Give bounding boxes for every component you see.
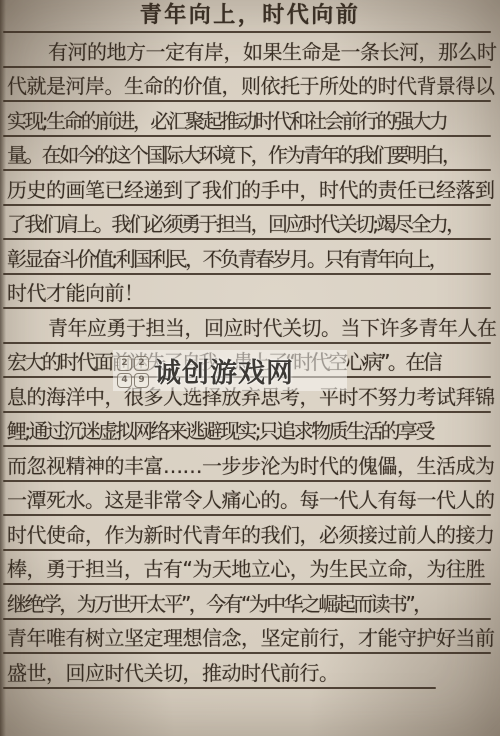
watermark: 2 2 4 9 诚创游戏网	[113, 350, 347, 391]
ruled-text-rows: 青年向上，时代向前 有河的地方一定有岸，如果生命是一条长河，那么时 代就是河岸。…	[0, 0, 500, 689]
essay-line: 实现;生命的前进，必汇聚起推动时代和社会前行的强大力	[0, 102, 500, 137]
title-row: 青年向上，时代向前	[0, 0, 500, 33]
handwritten-text: 彰显奋斗价值;利国利民，不负青春岁月。只有青年向上，	[0, 243, 446, 275]
essay-line: 继绝学，为万世开太平”，今有“为中华之崛起而读书”，	[0, 585, 500, 620]
handwritten-text: 鲤;通过沉迷虚拟网络来逃避现实;只追求物质生活的享受	[0, 415, 433, 447]
logo-tile: 4	[117, 373, 132, 388]
handwritten-text: 实现;生命的前进，必汇聚起推动时代和社会前行的强大力	[0, 105, 446, 137]
handwritten-text: 青年唯有树立坚定理想信念，坚定前行，才能守护好当前	[0, 622, 495, 654]
handwritten-text: 历史的画笔已经递到了我们的手中，时代的责任已经落到	[0, 174, 495, 206]
essay-line: 代就是河岸。生命的价值，则依托于所处的时代背景得以	[0, 68, 500, 103]
handwritten-text: 量。在如今的这个国际大环境下，作为青年的我们要明白，	[0, 139, 459, 171]
handwritten-text: 青年应勇于担当，回应时代关切。当下许多青年人在	[0, 312, 497, 344]
handwritten-text: 了我们肩上。我们必须勇于担当，回应时代关切;竭尽全力，	[0, 208, 464, 240]
handwritten-essay-photo: 青年向上，时代向前 有河的地方一定有岸，如果生命是一条长河，那么时 代就是河岸。…	[0, 0, 500, 736]
logo-tile: 2	[134, 356, 149, 371]
logo-tile: 2	[117, 356, 132, 371]
essay-line: 棒，勇于担当，古有“为天地立心，为生民立命，为往胜	[0, 551, 500, 586]
essay-title: 青年向上，时代向前	[140, 0, 361, 33]
essay-line: 青年应勇于担当，回应时代关切。当下许多青年人在	[0, 309, 500, 344]
essay-line: 时代使命，作为新时代青年的我们，必须接过前人的接力	[0, 516, 500, 551]
handwritten-text: 时代使命，作为新时代青年的我们，必须接过前人的接力	[0, 519, 495, 551]
handwritten-text: 时代才能向前！	[0, 277, 144, 309]
essay-line: 盛世，回应时代关切，推动时代前行。	[0, 654, 500, 689]
essay-line: 青年唯有树立坚定理想信念，坚定前行，才能守护好当前	[0, 620, 500, 655]
handwritten-text: 而忽视精神的丰富……一步步沦为时代的傀儡，生活成为	[0, 450, 495, 482]
handwritten-text: 有河的地方一定有岸，如果生命是一条长河，那么时	[0, 36, 497, 68]
essay-line: 一潭死水。这是非常令人痛心的。每一代人有每一代人的	[0, 482, 500, 517]
essay-line: 鲤;通过沉迷虚拟网络来逃避现实;只追求物质生活的享受	[0, 413, 500, 448]
watermark-site-name: 诚创游戏网	[154, 351, 294, 390]
handwritten-text: 棒，勇于担当，古有“为天地立心，为生民立命，为往胜	[0, 553, 485, 585]
handwritten-text: 代就是河岸。生命的价值，则依托于所处的时代背景得以	[0, 70, 495, 102]
essay-line: 有河的地方一定有岸，如果生命是一条长河，那么时	[0, 33, 500, 68]
essay-line: 时代才能向前！	[0, 275, 500, 310]
essay-line: 而忽视精神的丰富……一步步沦为时代的傀儡，生活成为	[0, 447, 500, 482]
essay-line: 了我们肩上。我们必须勇于担当，回应时代关切;竭尽全力，	[0, 206, 500, 241]
essay-line: 历史的画笔已经递到了我们的手中，时代的责任已经落到	[0, 171, 500, 206]
essay-line: 量。在如今的这个国际大环境下，作为青年的我们要明白，	[0, 137, 500, 172]
handwritten-text: 继绝学，为万世开太平”，今有“为中华之崛起而读书”，	[0, 588, 430, 620]
handwritten-text: 一潭死水。这是非常令人痛心的。每一代人有每一代人的	[0, 484, 495, 516]
logo-tile: 9	[134, 373, 149, 388]
watermark-logo-icon: 2 2 4 9	[117, 356, 149, 388]
essay-line: 彰显奋斗价值;利国利民，不负青春岁月。只有青年向上，	[0, 240, 500, 275]
handwritten-text: 盛世，回应时代关切，推动时代前行。	[0, 657, 339, 689]
